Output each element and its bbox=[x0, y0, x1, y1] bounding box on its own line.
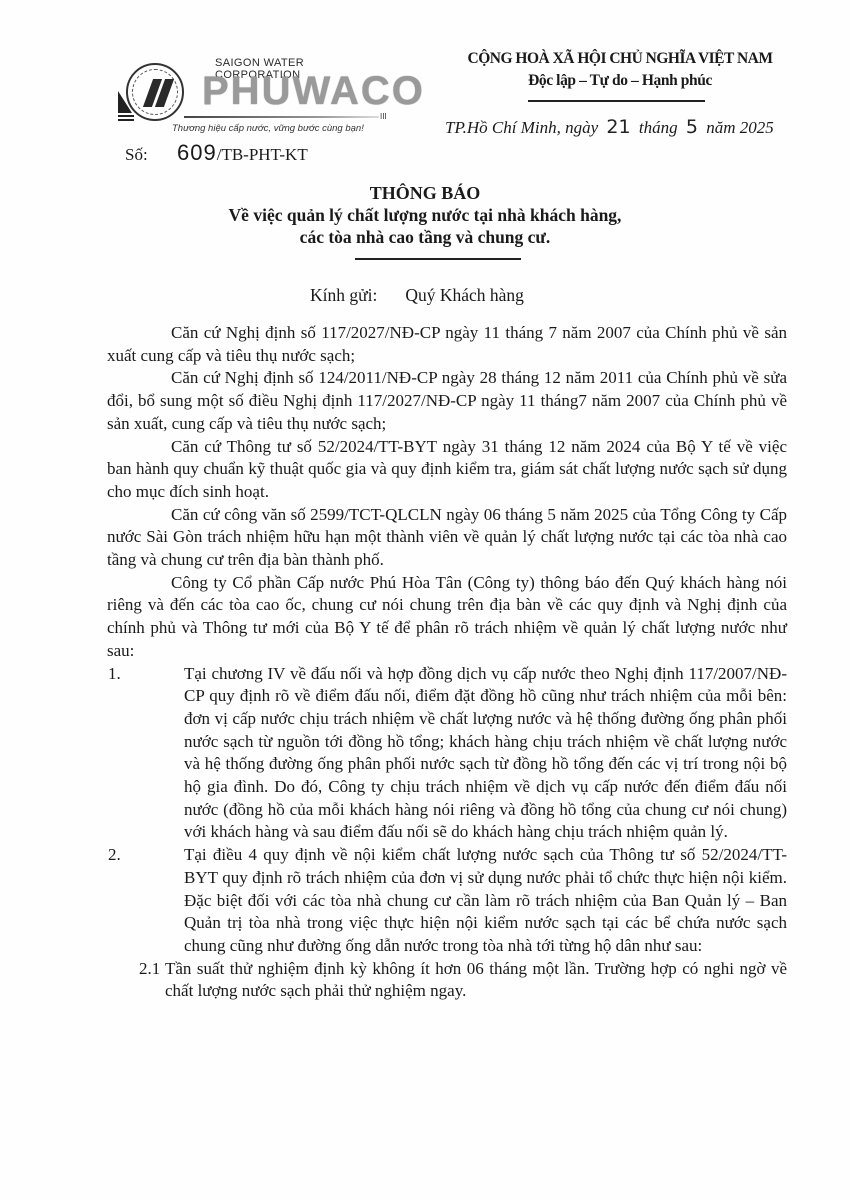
dateline: TP.Hồ Chí Minh, ngày 21 tháng 5 năm 2025 bbox=[445, 116, 774, 138]
sub-list-item: 2.1 Tần suất thử nghiệm định kỳ không ít… bbox=[139, 958, 787, 1003]
title-divider bbox=[355, 258, 521, 260]
document-body: Căn cứ Nghị định số 117/2027/NĐ-CP ngày … bbox=[107, 322, 787, 1003]
paragraph-basis-3: Căn cứ Thông tư số 52/2024/TT-BYT ngày 3… bbox=[107, 436, 787, 504]
date-prefix: TP.Hồ Chí Minh, ngày bbox=[445, 118, 598, 137]
list-item-text: Tại điều 4 quy định về nội kiểm chất lượ… bbox=[184, 844, 787, 958]
motto-divider bbox=[528, 100, 705, 102]
paragraph-basis-2: Căn cứ Nghị định số 124/2011/NĐ-CP ngày … bbox=[107, 367, 787, 435]
logo-mark: III bbox=[380, 112, 387, 121]
national-title: CỘNG HOÀ XÃ HỘI CHỦ NGHĨA VIỆT NAM bbox=[450, 50, 790, 68]
sub-list-item-number: 2.1 bbox=[139, 958, 160, 981]
list-item-number: 2. bbox=[108, 844, 138, 867]
sub-list-item-text: Tần suất thử nghiệm định kỳ không ít hơn… bbox=[165, 958, 787, 1003]
list-item: 1. Tại chương IV về đấu nối và hợp đồng … bbox=[62, 663, 787, 845]
notice-subject-line-1: Về việc quản lý chất lượng nước tại nhà … bbox=[0, 205, 850, 226]
company-emblem-icon bbox=[126, 63, 184, 121]
paragraph-basis-1: Căn cứ Nghị định số 117/2027/NĐ-CP ngày … bbox=[107, 322, 787, 367]
national-motto: Độc lập – Tự do – Hạnh phúc bbox=[450, 72, 790, 90]
number-handwritten: 609 bbox=[177, 140, 217, 165]
greeting-recipient: Quý Khách hàng bbox=[405, 285, 524, 305]
year-label: năm 2025 bbox=[706, 118, 774, 137]
month-label: tháng bbox=[639, 118, 678, 137]
list-item: 2. Tại điều 4 quy định về nội kiểm chất … bbox=[62, 844, 787, 958]
logo-underline bbox=[184, 116, 379, 118]
document-page: SAIGON WATER CORPORATION PHUWACO III Thư… bbox=[0, 0, 850, 1200]
list-item-number: 1. bbox=[108, 663, 138, 686]
list-item-text: Tại chương IV về đấu nối và hợp đồng dịc… bbox=[184, 663, 787, 845]
date-day: 21 bbox=[606, 116, 630, 138]
brand-name: PHUWACO bbox=[202, 69, 425, 113]
paragraph-intro: Công ty Cổ phần Cấp nước Phú Hòa Tân (Cô… bbox=[107, 572, 787, 663]
greeting: Kính gửi:Quý Khách hàng bbox=[310, 285, 524, 306]
brand-slogan: Thương hiệu cấp nước, vững bước cùng bạn… bbox=[172, 123, 364, 134]
document-number: Số:609/TB-PHT-KT bbox=[125, 140, 308, 166]
date-month: 5 bbox=[686, 116, 698, 138]
paragraph-basis-4: Căn cứ công văn số 2599/TCT-QLCLN ngày 0… bbox=[107, 504, 787, 572]
number-label: Số: bbox=[125, 145, 177, 165]
notice-subject-line-2: các tòa nhà cao tầng và chung cư. bbox=[0, 227, 850, 248]
phuwaco-logo: SAIGON WATER CORPORATION PHUWACO III Thư… bbox=[118, 55, 393, 140]
greeting-label: Kính gửi: bbox=[310, 285, 377, 305]
notice-heading: THÔNG BÁO bbox=[0, 183, 850, 204]
number-suffix: /TB-PHT-KT bbox=[217, 145, 308, 164]
